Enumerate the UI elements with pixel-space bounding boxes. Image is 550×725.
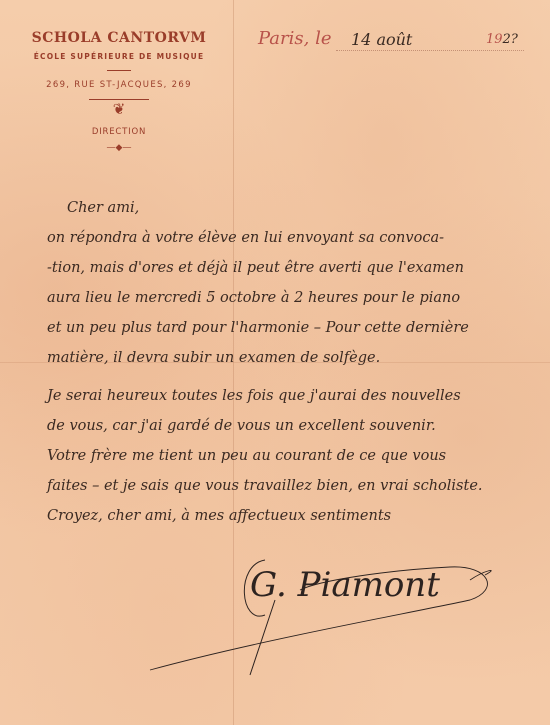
letter-line: Votre frère me tient un peu au courant d… — [47, 448, 446, 464]
date-day-month: 14 août — [351, 30, 412, 49]
year-handwritten: 2? — [503, 32, 518, 47]
signature: G. Piamont — [140, 545, 550, 685]
letter-line: on répondra à votre élève en lui envoyan… — [47, 230, 444, 246]
letter-line: aura lieu le mercredi 5 octobre à 2 heur… — [47, 290, 460, 306]
floral-ornament-icon: ❦ — [0, 101, 238, 117]
closing-line: Croyez, cher ami, à mes affectueux senti… — [47, 508, 391, 524]
divider — [107, 70, 131, 71]
letter-line: matière, il devra subir un examen de sol… — [47, 350, 380, 366]
small-ornament-icon: —◆— — [0, 143, 238, 153]
school-address: 269, RUE ST-JACQUES, 269 — [0, 80, 238, 90]
school-subtitle: ÉCOLE SUPÉRIEURE DE MUSIQUE — [0, 52, 238, 61]
date-year: 192? — [486, 32, 518, 47]
year-printed: 19 — [486, 32, 503, 47]
school-name: SCHOLA CANTORVM — [0, 30, 238, 46]
signature-text: G. Piamont — [250, 565, 440, 605]
date-rule — [336, 50, 524, 51]
department-label: DIRECTION — [0, 127, 238, 137]
letter-line: faites – et je sais que vous travaillez … — [47, 478, 483, 494]
letter-line: -tion, mais d'ores et déjà il peut être … — [47, 260, 464, 276]
letter-line: Je serai heureux toutes les fois que j'a… — [47, 388, 461, 404]
letter-line: et un peu plus tard pour l'harmonie – Po… — [47, 320, 469, 336]
dateline: Paris, le 14 août 192? — [258, 28, 528, 50]
salutation: Cher ami, — [67, 200, 139, 216]
date-place: Paris, le — [258, 28, 332, 49]
letter-line: de vous, car j'ai gardé de vous un excel… — [47, 418, 436, 434]
letterhead: SCHOLA CANTORVM ÉCOLE SUPÉRIEURE DE MUSI… — [0, 30, 238, 153]
